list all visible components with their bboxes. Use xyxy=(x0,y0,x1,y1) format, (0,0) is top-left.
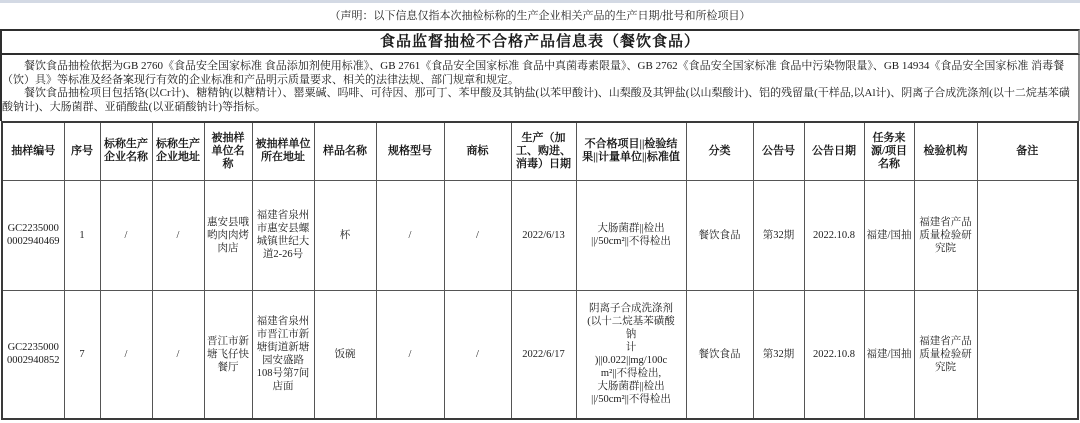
cell-sample-name: 饭碗 xyxy=(314,290,376,419)
page-title: 食品监督抽检不合格产品信息表（餐饮食品） xyxy=(0,29,1080,55)
cell-seq: 1 xyxy=(64,180,100,290)
cell-notice-no: 第32期 xyxy=(753,290,804,419)
cell-sample-name: 杯 xyxy=(314,180,376,290)
header-task-source: 任务来源/项目名称 xyxy=(864,122,914,180)
header-spec: 规格型号 xyxy=(376,122,444,180)
cell-sample-no: GC22350000002940469 xyxy=(2,180,64,290)
cell-sampled-unit-name: 惠安县哦哟肉肉烤肉店 xyxy=(204,180,252,290)
cell-brand: / xyxy=(444,180,511,290)
cell-brand: / xyxy=(444,290,511,419)
declaration-text: （声明：以下信息仅指本次抽检标称的生产企业相关产品的生产日期/批号和所检项目） xyxy=(0,3,1080,29)
cell-task-source: 福建/国抽 xyxy=(864,180,914,290)
cell-production-date: 2022/6/13 xyxy=(511,180,576,290)
table-row: GC22350000002940852 7 / / 晋江市新塘飞仔快餐厅 福建省… xyxy=(2,290,1078,419)
cell-category: 餐饮食品 xyxy=(686,180,753,290)
cell-notice-date: 2022.10.8 xyxy=(804,180,864,290)
cell-notice-no: 第32期 xyxy=(753,180,804,290)
cell-remark xyxy=(977,180,1078,290)
header-failed-item: 不合格项目||检验结果||计量单位||标准值 xyxy=(576,122,686,180)
intro-paragraph-items: 餐饮食品抽检项目包括铬(以Cr计)、糖精钠(以糖精计）、罂粟碱、吗啡、可待因、那… xyxy=(2,87,1075,114)
header-notice-date: 公告日期 xyxy=(804,122,864,180)
header-producer-name: 标称生产企业名称 xyxy=(100,122,152,180)
intro-paragraph-standards: 餐饮食品抽检依据为GB 2760《食品安全国家标准 食品添加剂使用标准》、GB … xyxy=(2,60,1075,87)
header-production-date: 生产（加工、购进、消毒）日期 xyxy=(511,122,576,180)
header-remark: 备注 xyxy=(977,122,1078,180)
cell-producer-name: / xyxy=(100,180,152,290)
cell-sampled-unit-address: 福建省泉州市晋江市新塘街道新塘园安盛路108号第7间店面 xyxy=(252,290,314,419)
header-sampled-unit-name: 被抽样单位名称 xyxy=(204,122,252,180)
intro-section: 餐饮食品抽检依据为GB 2760《食品安全国家标准 食品添加剂使用标准》、GB … xyxy=(0,55,1080,121)
cell-remark xyxy=(977,290,1078,419)
cell-failed-item: 阴离子合成洗涤剂 (以十二烷基苯磺酸 钠 计 )||0.022||mg/100c… xyxy=(576,290,686,419)
cell-sampled-unit-address: 福建省泉州市惠安县螺城镇世纪大道2-26号 xyxy=(252,180,314,290)
table-header-row: 抽样编号 序号 标称生产企业名称 标称生产企业地址 被抽样单位名称 被抽样单位所… xyxy=(2,122,1078,180)
header-sample-name: 样品名称 xyxy=(314,122,376,180)
cell-task-source: 福建/国抽 xyxy=(864,290,914,419)
cell-inspection-agency: 福建省产品质量检验研究院 xyxy=(914,290,977,419)
header-inspection-agency: 检验机构 xyxy=(914,122,977,180)
table-row: GC22350000002940469 1 / / 惠安县哦哟肉肉烤肉店 福建省… xyxy=(2,180,1078,290)
cell-sampled-unit-name: 晋江市新塘飞仔快餐厅 xyxy=(204,290,252,419)
cell-sample-no: GC22350000002940852 xyxy=(2,290,64,419)
header-notice-no: 公告号 xyxy=(753,122,804,180)
header-category: 分类 xyxy=(686,122,753,180)
cell-production-date: 2022/6/17 xyxy=(511,290,576,419)
header-sampled-unit-address: 被抽样单位所在地址 xyxy=(252,122,314,180)
cell-producer-address: / xyxy=(152,180,204,290)
header-brand: 商标 xyxy=(444,122,511,180)
header-seq: 序号 xyxy=(64,122,100,180)
cell-producer-address: / xyxy=(152,290,204,419)
header-producer-address: 标称生产企业地址 xyxy=(152,122,204,180)
header-sample-no: 抽样编号 xyxy=(2,122,64,180)
cell-producer-name: / xyxy=(100,290,152,419)
cell-notice-date: 2022.10.8 xyxy=(804,290,864,419)
cell-seq: 7 xyxy=(64,290,100,419)
cell-inspection-agency: 福建省产品质量检验研究院 xyxy=(914,180,977,290)
cell-failed-item: 大肠菌群||检出 ||/50cm²||不得检出 xyxy=(576,180,686,290)
cell-category: 餐饮食品 xyxy=(686,290,753,419)
cell-spec: / xyxy=(376,290,444,419)
cell-spec: / xyxy=(376,180,444,290)
inspection-results-table: 抽样编号 序号 标称生产企业名称 标称生产企业地址 被抽样单位名称 被抽样单位所… xyxy=(1,121,1079,420)
report-page: （声明：以下信息仅指本次抽检标称的生产企业相关产品的生产日期/批号和所检项目） … xyxy=(0,0,1080,423)
